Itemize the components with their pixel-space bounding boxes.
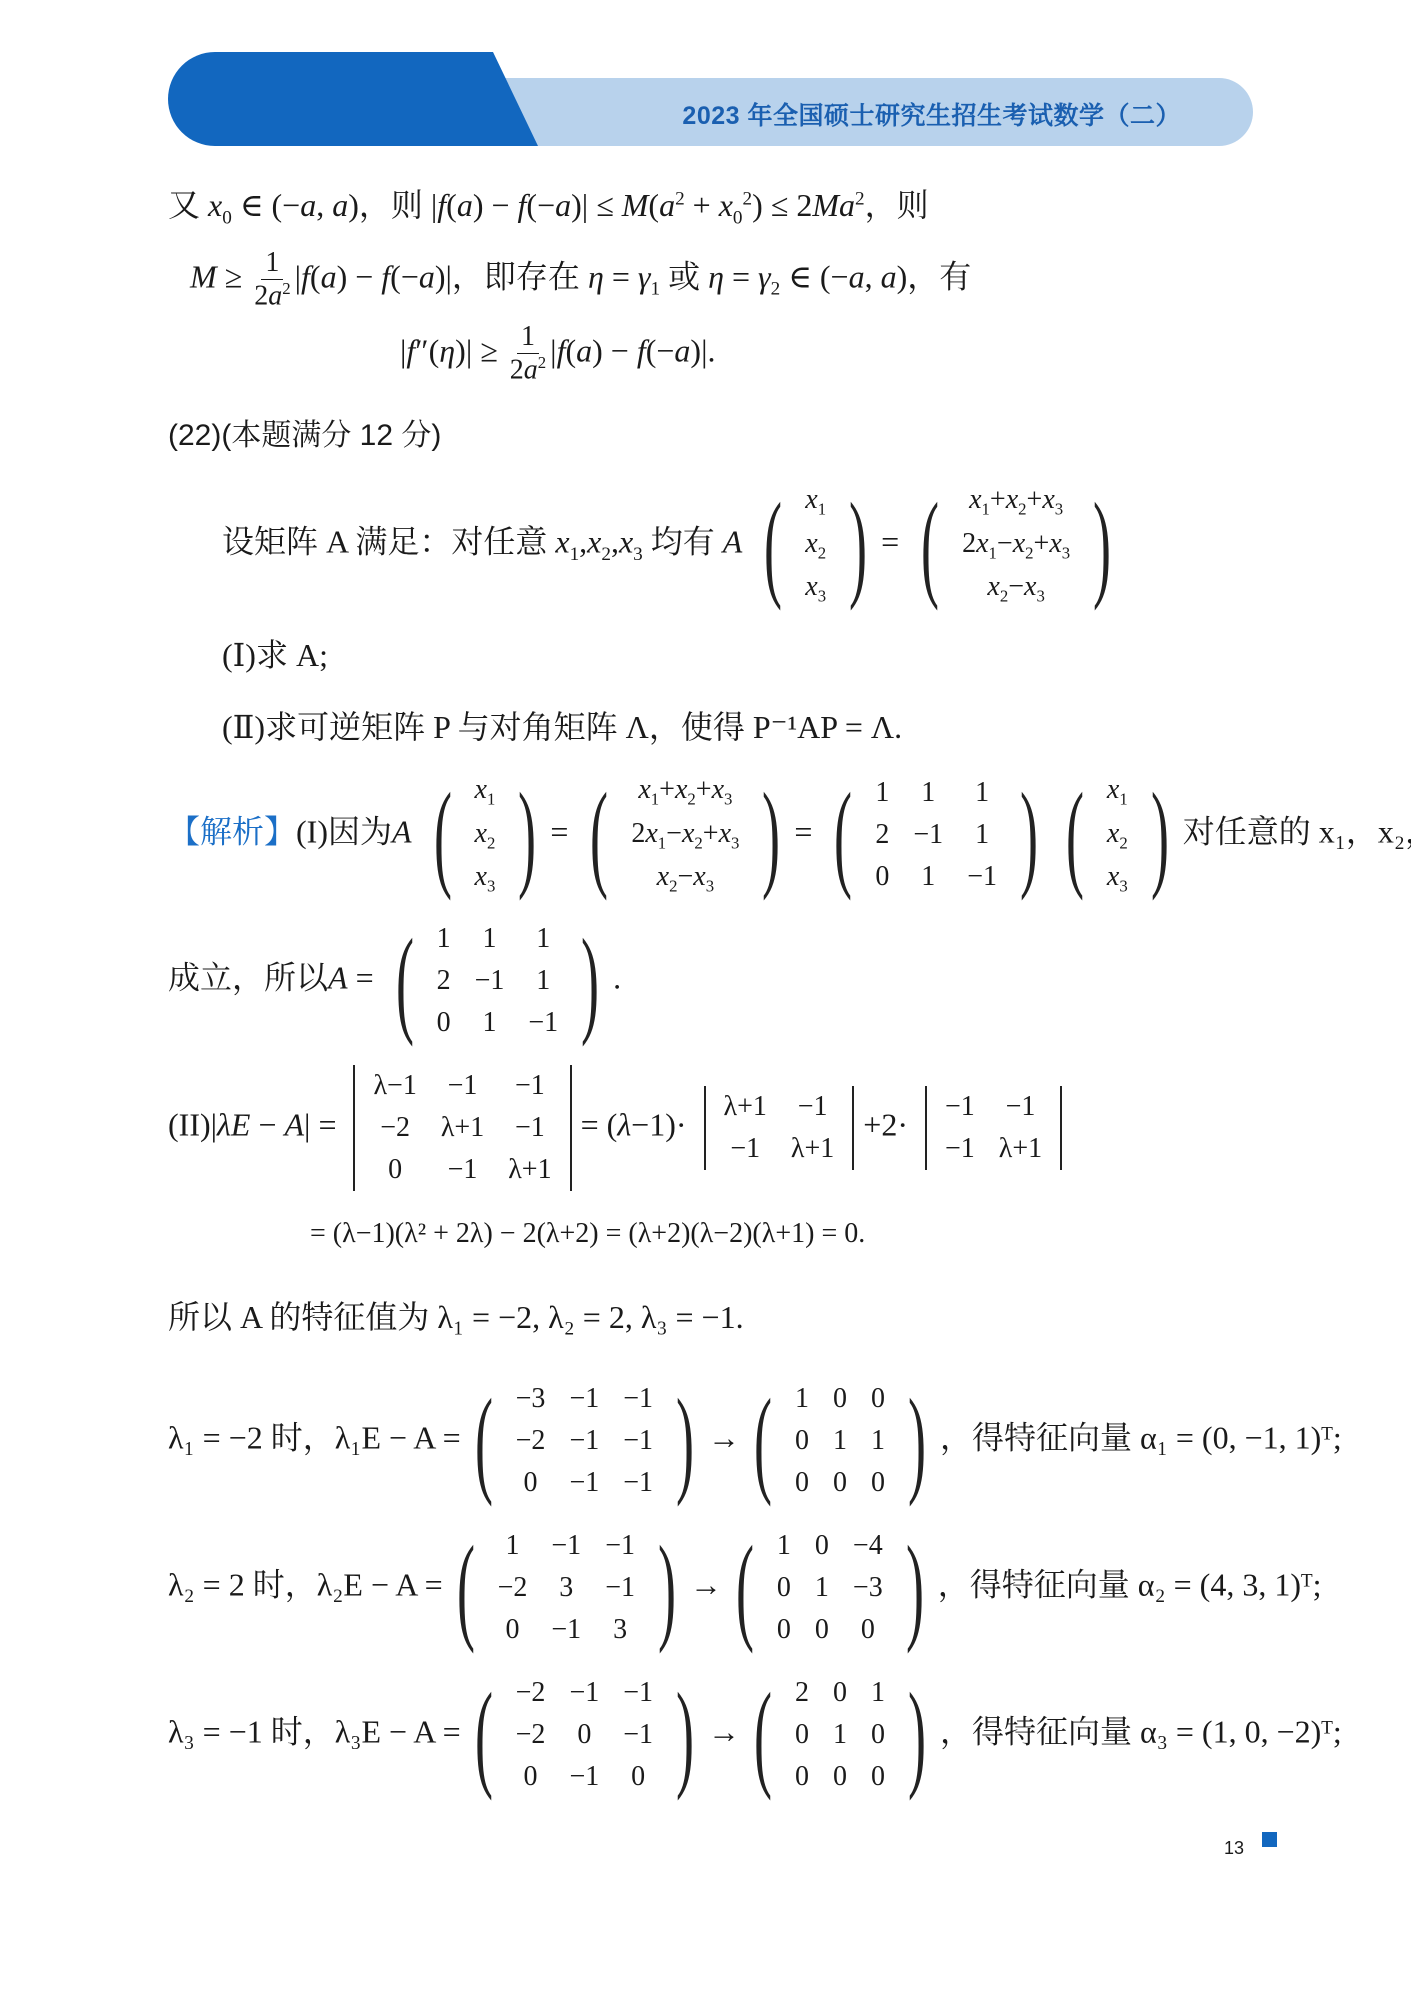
eigen-case-1: λ₁ = −2 时，λ₁E − A =(−3−1−1−2−1−10−1−1)→(… bbox=[168, 1378, 1342, 1504]
page-marker-square bbox=[1262, 1832, 1277, 1847]
prev-solution-line3: |f″(η)| ≥ 12a2|f(a) − f(−a)|. bbox=[400, 322, 715, 386]
header-banner: 2023 年全国硕士研究生招生考试数学（二） bbox=[168, 52, 1253, 146]
solution-char-poly: (II)|λE − A| = λ−1−1−1−2λ+1−10−1λ+1= (λ−… bbox=[168, 1065, 1071, 1191]
eigen-case-2: λ₂ = 2 时，λ₂E − A =(1−1−1−23−10−13)→(10−4… bbox=[168, 1525, 1321, 1651]
solution-part1: 【解析】(I)因为A (x1x2x3)= (x1+x2+x32x1−x2+x3x… bbox=[168, 770, 1411, 901]
solution-tag: 【解析】 bbox=[168, 814, 296, 850]
page-title: 2023 年全国硕士研究生招生考试数学（二） bbox=[682, 96, 1181, 132]
prev-solution-line2: M ≥ 12a2|f(a) − f(−a)|，即存在 η = γ1 或 η = … bbox=[190, 248, 971, 312]
eigen-case-3: λ₃ = −1 时，λ₃E − A =(−2−1−1−20−10−10)→(20… bbox=[168, 1672, 1342, 1798]
prev-solution-line1: 又 x0 ∈ (−a, a)，则 |f(a) − f(−a)| ≤ M(a2 +… bbox=[168, 180, 929, 229]
page-number: 13 bbox=[1224, 1838, 1244, 1859]
problem-part2: (Ⅱ)求可逆矩阵 P 与对角矩阵 Λ，使得 P⁻¹AP = Λ. bbox=[222, 702, 902, 748]
solution-expansion: = (λ−1)(λ² + 2λ) − 2(λ+2) = (λ+2)(λ−2)(λ… bbox=[310, 1218, 865, 1250]
problem-statement: 设矩阵 A 满足：对任意 x1,x2,x3 均有 A (x1x2x3)= (x1… bbox=[222, 480, 1125, 611]
problem-part1: (Ⅰ)求 A; bbox=[222, 630, 328, 676]
problem-number: (22)(本题满分 12 分) bbox=[168, 410, 441, 454]
banner-dark-tab bbox=[168, 52, 538, 146]
solution-matrix-A: 成立，所以A = (1112−1101−1). bbox=[168, 918, 621, 1044]
solution-eigenvalues: 所以 A 的特征值为 λ₁ = −2, λ₂ = 2, λ₃ = −1. bbox=[168, 1292, 744, 1338]
